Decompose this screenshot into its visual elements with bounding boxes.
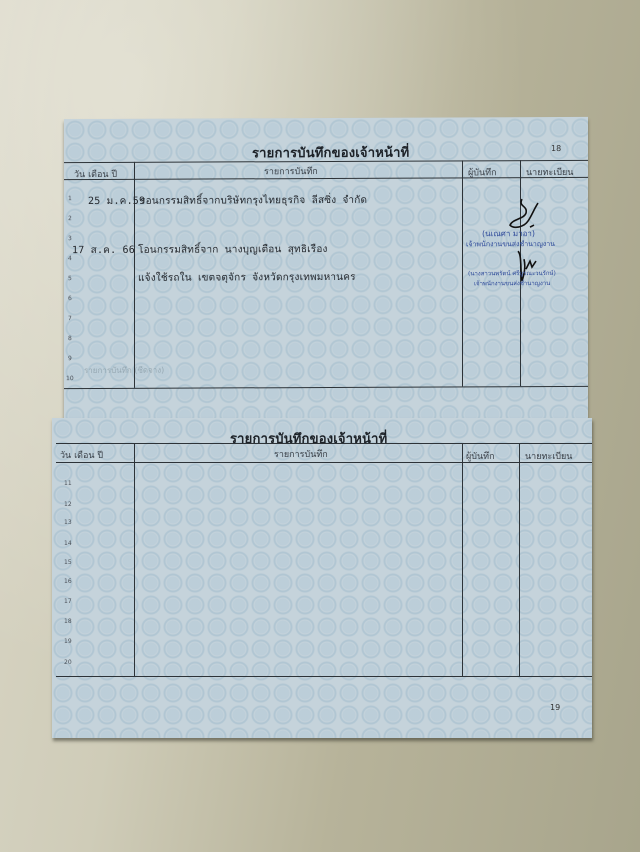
table-bottom-border [64, 386, 588, 389]
column-header-registrar: นายทะเบียน [526, 165, 573, 179]
entry-text: รอนกรรมสิทธิ์จากบริษัทกรุงไทยธุรกิจ ลีสซ… [140, 193, 367, 209]
header-bottom-border [64, 177, 588, 180]
row-number: 7 [68, 315, 72, 322]
entry-text: แจ้งใช้รถใน เขตจตุจักร จังหวัดกรุงเทพมหา… [138, 270, 356, 286]
row-number: 2 [68, 215, 72, 222]
row-number: 3 [68, 235, 72, 242]
record-page-top: รายการบันทึกของเจ้าหน้าที่ 18 วัน เดือน … [64, 117, 588, 421]
page-number: 19 [550, 703, 560, 712]
header-top-border [56, 443, 592, 444]
row-number: 19 [64, 638, 72, 645]
row-number: 11 [64, 480, 72, 487]
row-number: 1 [68, 195, 72, 202]
row-number: 5 [68, 275, 72, 282]
row-number: 6 [68, 295, 72, 302]
column-header-registrar: นายทะเบียน [525, 449, 572, 463]
page-title: รายการบันทึกของเจ้าหน้าที่ [230, 428, 387, 449]
row-number: 15 [64, 559, 72, 566]
row-number: 20 [64, 659, 72, 666]
column-header-date: วัน เดือน ปี [74, 167, 117, 181]
entry-date: 25 ม.ค.59 [88, 194, 145, 209]
stamp-title: เจ้าพนักงานขนส่งชำนาญงาน [474, 278, 550, 288]
column-header-recorder: ผู้บันทึก [468, 165, 497, 179]
row-number: 17 [64, 598, 72, 605]
faded-text: รายการบันทึก (ซีดจาง) [84, 364, 164, 377]
column-divider [134, 443, 135, 676]
page-number: 18 [551, 144, 561, 153]
record-page-bottom: รายการบันทึกของเจ้าหน้าที่ วัน เดือน ปี … [52, 418, 592, 738]
column-divider [462, 443, 463, 676]
row-number: 10 [66, 375, 74, 382]
column-header-date: วัน เดือน ปี [60, 448, 103, 462]
header-bottom-border [56, 462, 592, 463]
entry-date: 17 ส.ค. 66 [72, 243, 135, 258]
column-header-recorder: ผู้บันทึก [466, 449, 495, 463]
row-number: 16 [64, 578, 72, 585]
stamp-name: (นางสาวนพรัตน์ ศรีบูรณะวนรักษ์) [468, 268, 556, 278]
entry-text: โอนกรรมสิทธิ์จาก นางบุญเตือน สุทธิเรือง [138, 242, 328, 258]
column-header-entry: รายการบันทึก [274, 447, 328, 461]
column-divider [519, 443, 520, 676]
table-bottom-border [56, 676, 592, 677]
row-number: 9 [68, 355, 72, 362]
column-divider [462, 160, 463, 386]
row-number: 13 [64, 519, 72, 526]
row-number: 18 [64, 618, 72, 625]
column-header-entry: รายการบันทึก [264, 164, 318, 178]
row-number: 12 [64, 501, 72, 508]
row-number: 8 [68, 335, 72, 342]
row-number: 14 [64, 540, 72, 547]
